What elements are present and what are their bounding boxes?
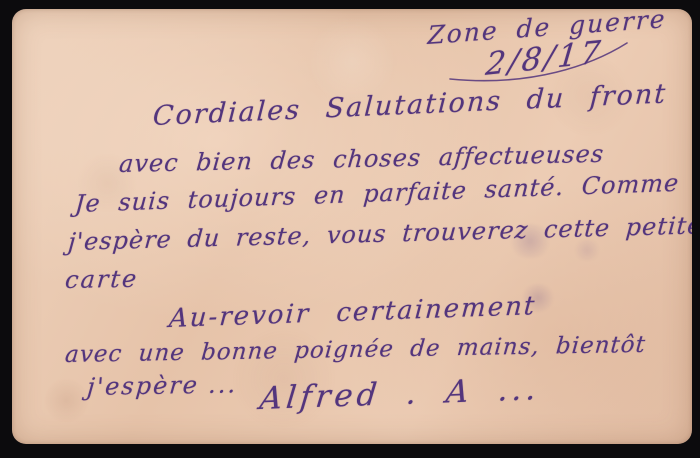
scan-backdrop: Zone de guerre 2/8/17 Cordiales Salutati…	[0, 0, 700, 458]
handwriting-line: carte	[64, 265, 140, 294]
postcard: Zone de guerre 2/8/17 Cordiales Salutati…	[12, 9, 692, 444]
signature: Alfred . A ...	[258, 371, 542, 417]
handwriting-line: avec une bonne poignée de mains, bientôt	[64, 332, 647, 368]
handwriting-line: Cordiales Salutations du front	[152, 78, 668, 132]
handwriting-line: Au-revoir certainement	[168, 291, 537, 334]
handwriting-line: j'espère ...	[86, 370, 239, 401]
handwriting-line: j'espère du reste, vous trouverez cette …	[67, 211, 692, 256]
handwriting-line: avec bien des choses affectueuses	[118, 140, 605, 178]
